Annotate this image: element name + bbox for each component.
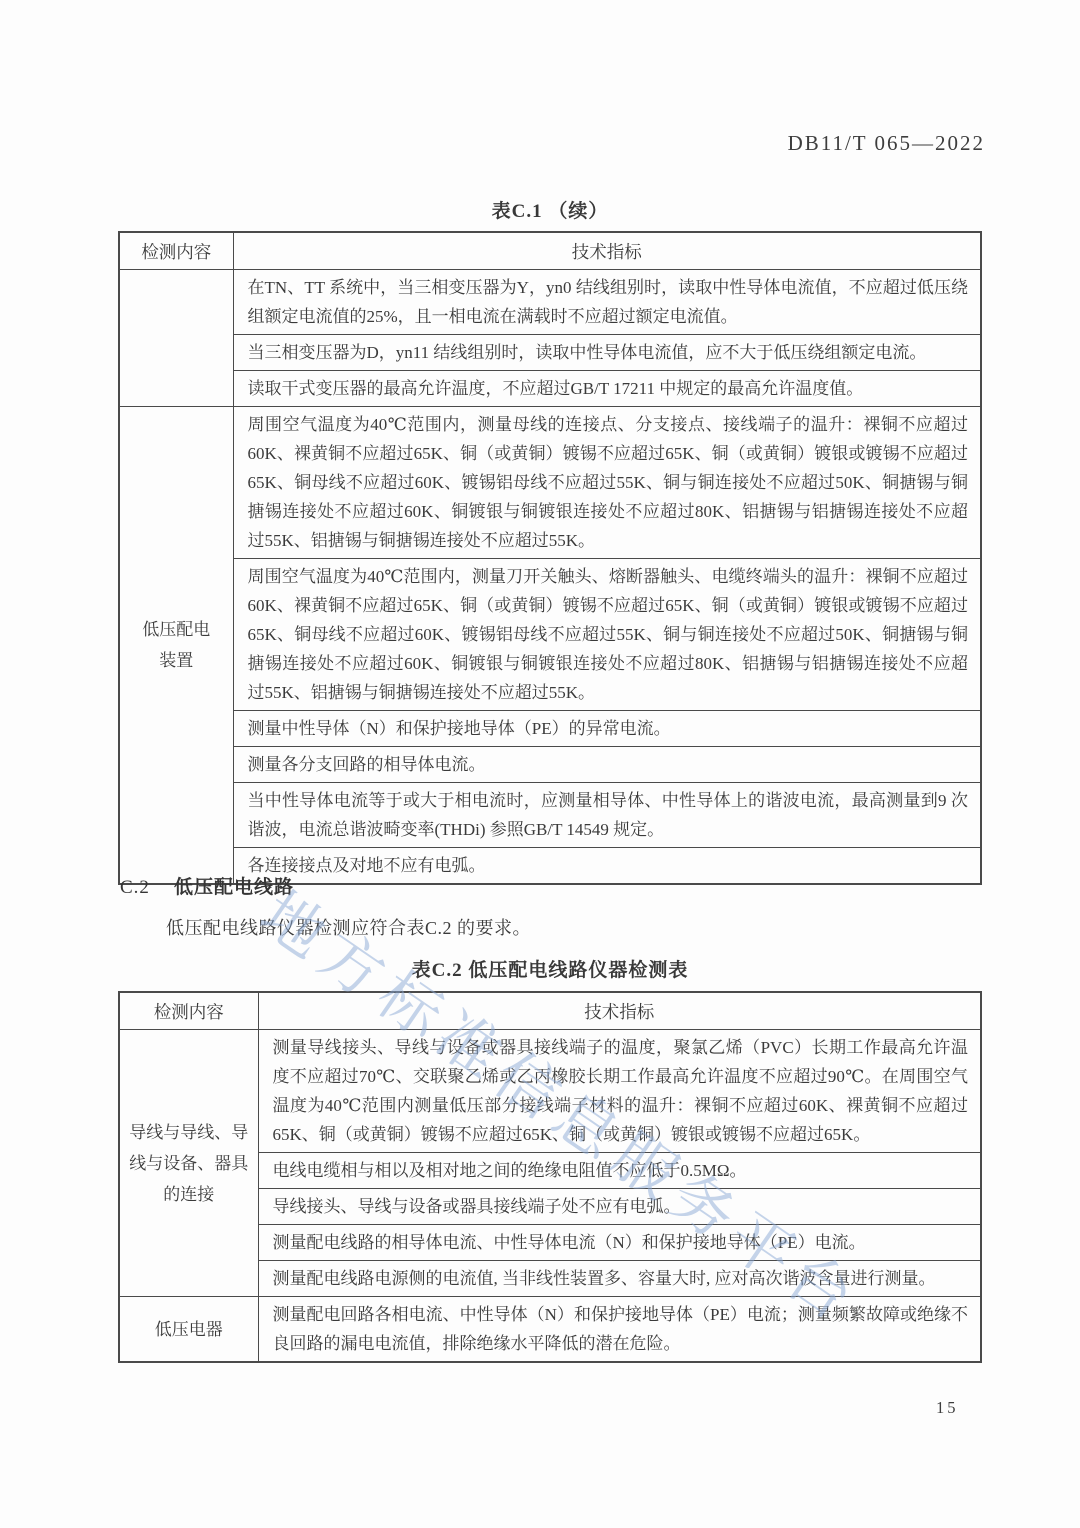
spec-cell: 测量配电回路各相电流、中性导体（N）和保护接地导体（PE）电流；测量频繁故障或绝… xyxy=(258,1297,981,1363)
spec-cell: 当中性导体电流等于或大于相电流时，应测量相导体、中性导体上的谐波电流，最高测量到… xyxy=(233,783,981,848)
row-group-label: 低压配电装置 xyxy=(119,407,233,885)
table-row: 读取干式变压器的最高允许温度，不应超过GB/T 17211 中规定的最高允许温度… xyxy=(119,371,981,407)
spec-cell: 测量配电线路的相导体电流、中性导体电流（N）和保护接地导体（PE）电流。 xyxy=(258,1225,981,1261)
table-row: 当三相变压器为D，yn11 结线组别时，读取中性导体电流值，应不大于低压绕组额定… xyxy=(119,335,981,371)
page-number: 15 xyxy=(936,1398,959,1418)
row-group-label: 导线与导线、导线与设备、器具的连接 xyxy=(119,1030,258,1297)
doc-number: DB11/T 065—2022 xyxy=(788,131,985,156)
table-row: 低压电器测量配电回路各相电流、中性导体（N）和保护接地导体（PE）电流；测量频繁… xyxy=(119,1297,981,1363)
document-page: DB11/T 065—2022 表C.1 （续） 检测内容技术指标在TN、TT … xyxy=(0,0,1080,1528)
spec-cell: 周围空气温度为40℃范围内，测量母线的连接点、分支接点、接线端子的温升：裸铜不应… xyxy=(233,407,981,559)
section-title: 低压配电线路 xyxy=(174,872,294,899)
table-row: 测量中性导体（N）和保护接地导体（PE）的异常电流。 xyxy=(119,711,981,747)
section-heading: C.2 低压配电线路 xyxy=(120,872,294,899)
inspection-table-c1: 检测内容技术指标在TN、TT 系统中，当三相变压器为Y，yn0 结线组别时，读取… xyxy=(118,231,982,885)
spec-cell: 各连接接点及对地不应有电弧。 xyxy=(233,848,981,885)
column-header: 检测内容 xyxy=(119,992,258,1030)
table-row: 测量各分支回路的相导体电流。 xyxy=(119,747,981,783)
spec-cell: 在TN、TT 系统中，当三相变压器为Y，yn0 结线组别时，读取中性导体电流值，… xyxy=(233,270,981,335)
spec-cell: 导线接头、导线与设备或器具接线端子处不应有电弧。 xyxy=(258,1189,981,1225)
table-row: 在TN、TT 系统中，当三相变压器为Y，yn0 结线组别时，读取中性导体电流值，… xyxy=(119,270,981,335)
table-header-row: 检测内容技术指标 xyxy=(119,992,981,1030)
spec-cell: 当三相变压器为D，yn11 结线组别时，读取中性导体电流值，应不大于低压绕组额定… xyxy=(233,335,981,371)
column-header: 检测内容 xyxy=(119,232,233,270)
spec-cell: 测量中性导体（N）和保护接地导体（PE）的异常电流。 xyxy=(233,711,981,747)
column-header: 技术指标 xyxy=(258,992,981,1030)
section-number: C.2 xyxy=(120,877,150,899)
column-header: 技术指标 xyxy=(233,232,981,270)
spec-cell: 测量配电线路电源侧的电流值, 当非线性装置多、容量大时, 应对高次谐波含量进行测… xyxy=(258,1261,981,1297)
spec-cell: 测量各分支回路的相导体电流。 xyxy=(233,747,981,783)
section-paragraph: 低压配电线路仪器检测应符合表C.2 的要求。 xyxy=(118,914,926,940)
table-row: 当中性导体电流等于或大于相电流时，应测量相导体、中性导体上的谐波电流，最高测量到… xyxy=(119,783,981,848)
table-c2-title: 表C.2 低压配电线路仪器检测表 xyxy=(118,955,982,982)
inspection-table-c2: 检测内容技术指标导线与导线、导线与设备、器具的连接测量导线接头、导线与设备或器具… xyxy=(118,991,982,1363)
row-group-label xyxy=(119,270,233,407)
table-c1: 检测内容技术指标在TN、TT 系统中，当三相变压器为Y，yn0 结线组别时，读取… xyxy=(118,231,982,885)
table-row: 导线与导线、导线与设备、器具的连接测量导线接头、导线与设备或器具接线端子的温度，… xyxy=(119,1030,981,1153)
table-row: 低压配电装置周围空气温度为40℃范围内，测量母线的连接点、分支接点、接线端子的温… xyxy=(119,407,981,559)
table-header-row: 检测内容技术指标 xyxy=(119,232,981,270)
row-group-label: 低压电器 xyxy=(119,1297,258,1363)
spec-cell: 读取干式变压器的最高允许温度，不应超过GB/T 17211 中规定的最高允许温度… xyxy=(233,371,981,407)
spec-cell: 测量导线接头、导线与设备或器具接线端子的温度，聚氯乙烯（PVC）长期工作最高允许… xyxy=(258,1030,981,1153)
table-row: 周围空气温度为40℃范围内，测量刀开关触头、熔断器触头、电缆终端头的温升：裸铜不… xyxy=(119,559,981,711)
table-c2: 检测内容技术指标导线与导线、导线与设备、器具的连接测量导线接头、导线与设备或器具… xyxy=(118,991,982,1363)
table-c1-title: 表C.1 （续） xyxy=(118,196,982,223)
spec-cell: 电线电缆相与相以及相对地之间的绝缘电阻值不应低于0.5MΩ。 xyxy=(258,1153,981,1189)
spec-cell: 周围空气温度为40℃范围内，测量刀开关触头、熔断器触头、电缆终端头的温升：裸铜不… xyxy=(233,559,981,711)
